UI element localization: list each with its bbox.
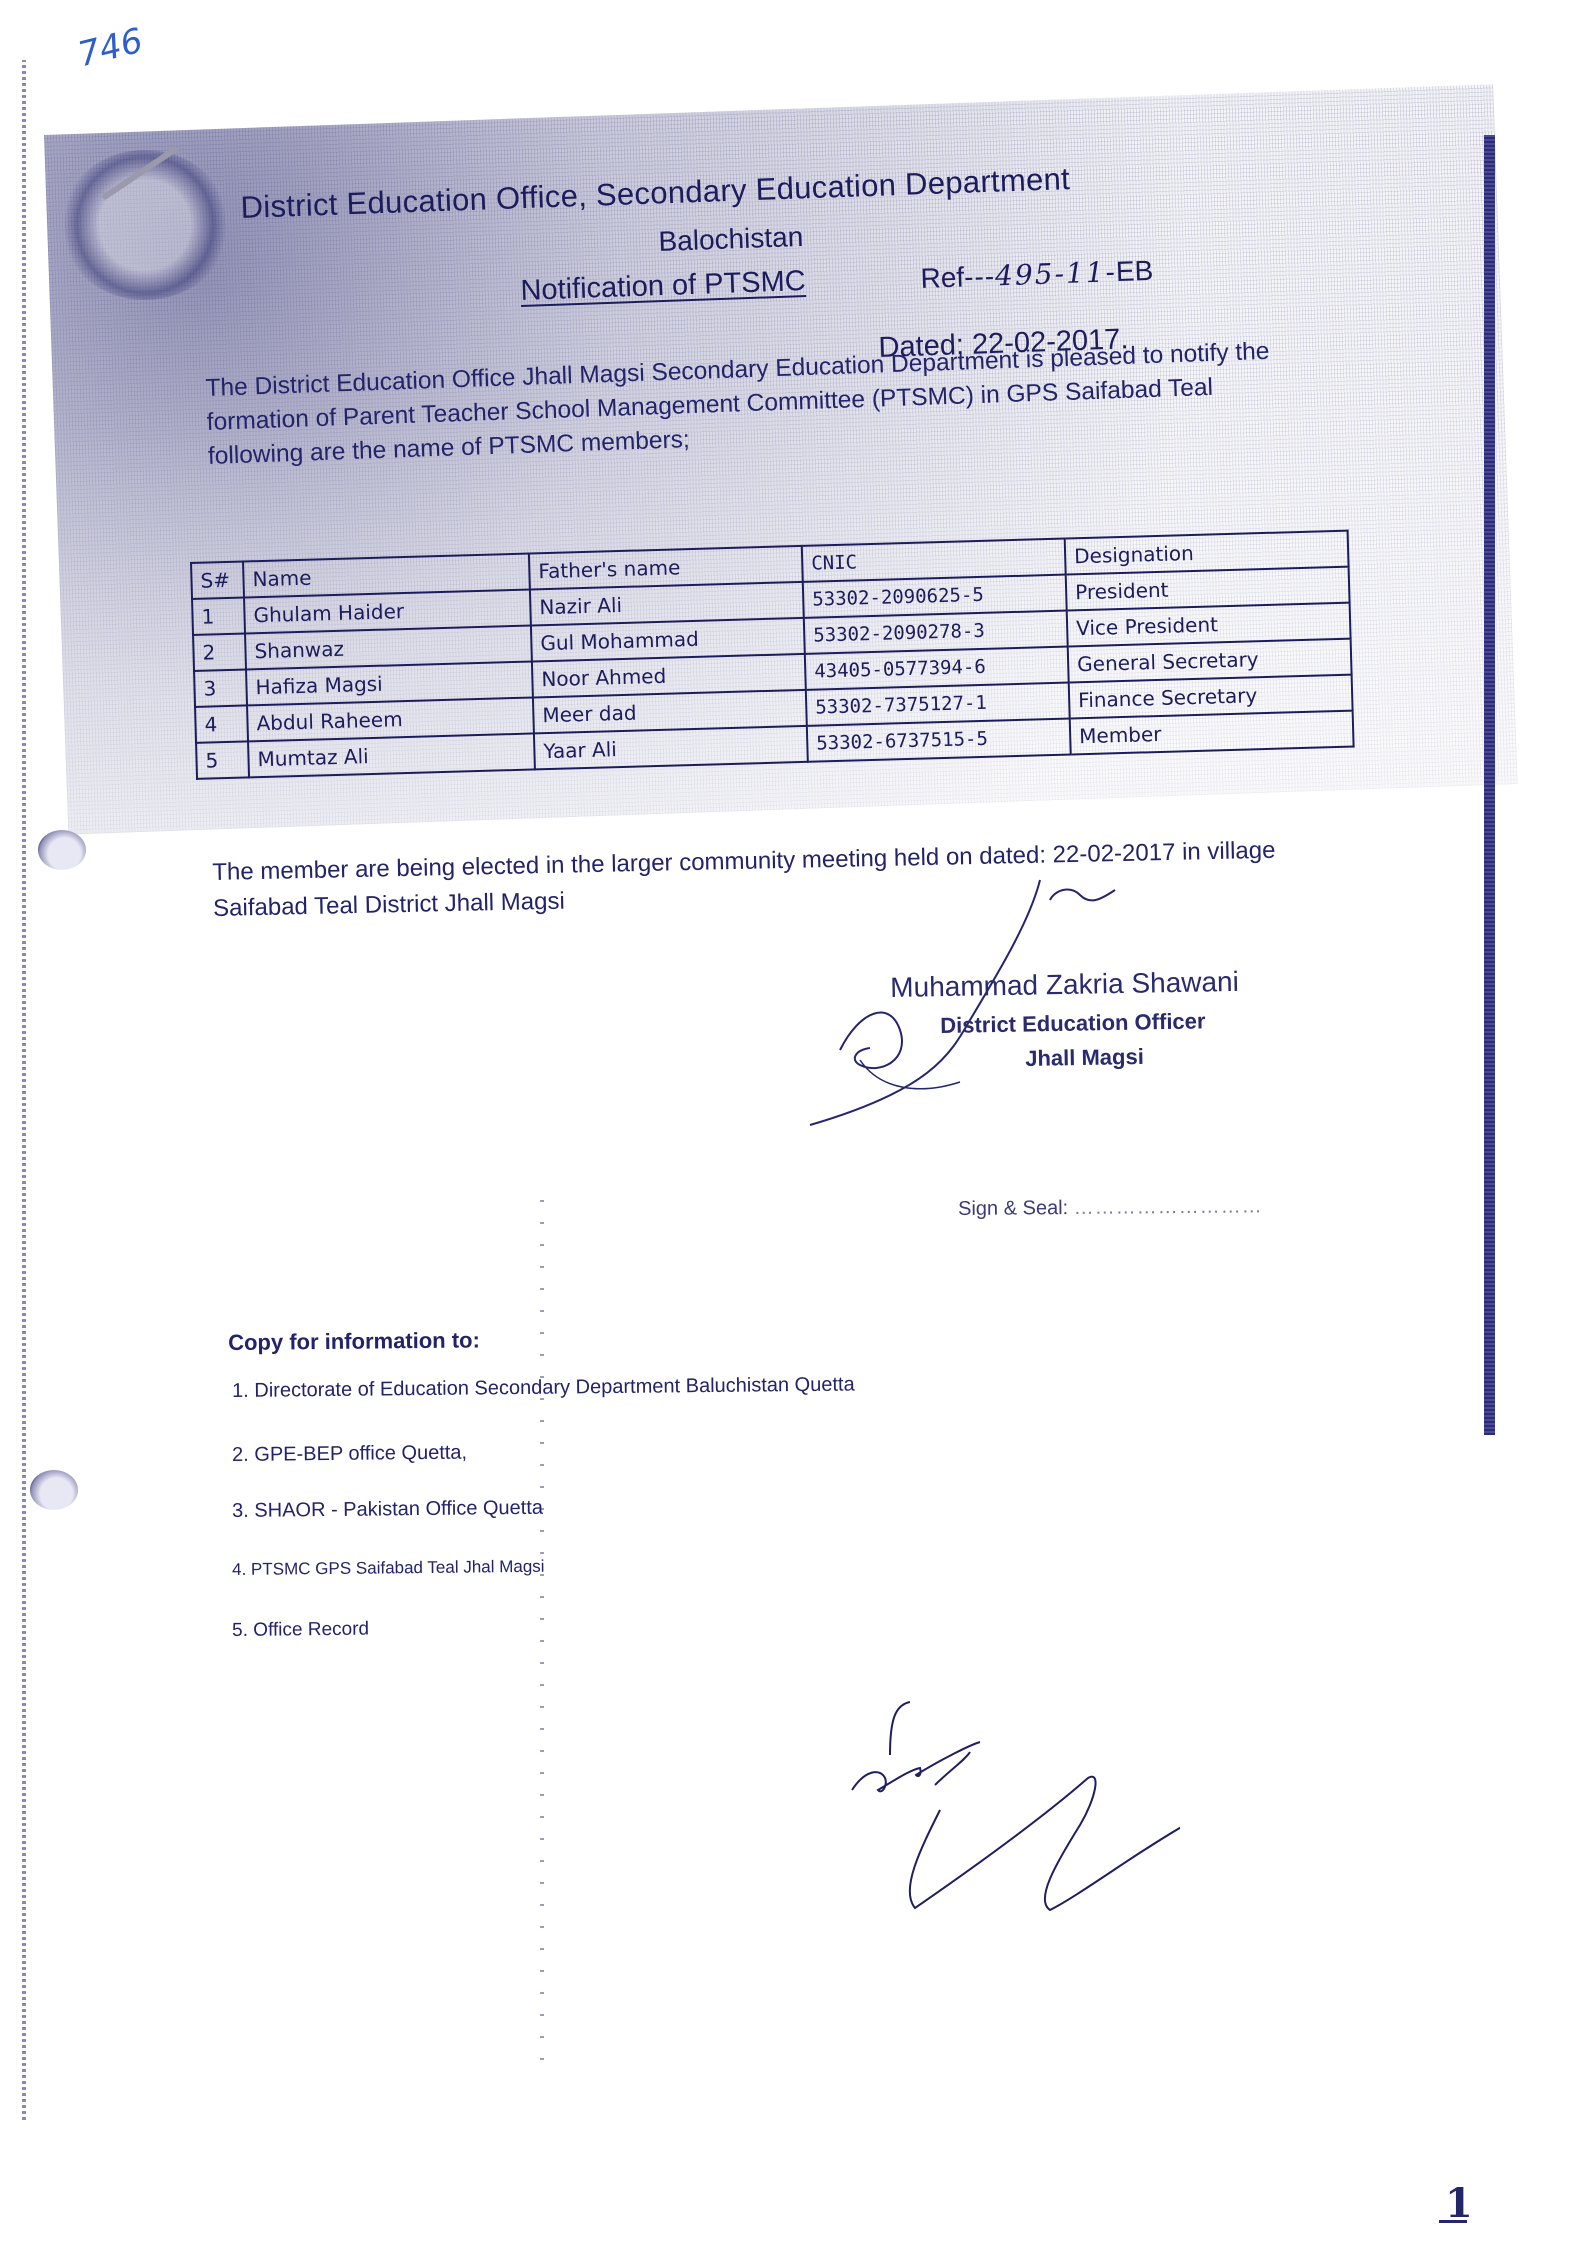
ptsmc-members-table: S# Name Father's name CNIC Designation 1… (190, 530, 1355, 780)
signatory-place: Jhall Magsi (1025, 1044, 1144, 1072)
cell-serial: 1 (192, 598, 245, 635)
punch-hole-icon (38, 830, 86, 870)
sign-seal-field: Sign & Seal: ……………………… (958, 1195, 1263, 1221)
copy-to-heading: Copy for information to: (228, 1327, 480, 1356)
sign-seal-dotted-line: ……………………… (1074, 1195, 1263, 1219)
ref-dots: --- (964, 260, 996, 292)
cell-name: Mumtaz Ali (248, 733, 535, 777)
page-number: 1 (1445, 2180, 1473, 2227)
scanned-document-page: 746 District Education Office, Secondary… (0, 0, 1578, 2261)
sign-seal-label: Sign & Seal: (958, 1197, 1068, 1220)
cell-cnic: 53302-6737515-5 (807, 718, 1071, 761)
punch-hole-icon (30, 1470, 78, 1510)
cell-serial: 5 (196, 741, 249, 778)
copy-to-item: 4. PTSMC GPS Saifabad Teal Jhal Magsi (232, 1557, 545, 1580)
scan-artifact-dots (540, 1180, 544, 2060)
cell-serial: 4 (195, 705, 248, 742)
handwritten-file-number: 746 (74, 21, 147, 76)
handwritten-signature-icon (840, 1660, 1180, 1920)
signatory-title: District Education Officer (940, 1008, 1206, 1039)
ref-number-handwritten: 495-11 (995, 256, 1107, 293)
copy-to-item: 2. GPE-BEP office Quetta, (232, 1442, 467, 1467)
ref-suffix: EB (1115, 255, 1153, 287)
signatory-name: Muhammad Zakria Shawani (890, 966, 1239, 1004)
copy-to-item: 5. Office Record (232, 1619, 369, 1642)
column-header: S# (191, 562, 244, 599)
scan-edge-bar (1484, 135, 1495, 1435)
cell-father-name: Yaar Ali (534, 726, 808, 770)
office-province: Balochistan (658, 221, 804, 258)
copy-to-item: 3. SHAOR - Pakistan Office Quetta (232, 1497, 543, 1523)
cell-designation: Member (1070, 711, 1354, 755)
copy-to-item: 1. Directorate of Education Secondary De… (232, 1373, 855, 1403)
ref-label: Ref (920, 261, 965, 294)
cell-serial: 2 (193, 633, 246, 670)
cell-serial: 3 (194, 669, 247, 706)
scan-edge-shadow (22, 60, 26, 2120)
